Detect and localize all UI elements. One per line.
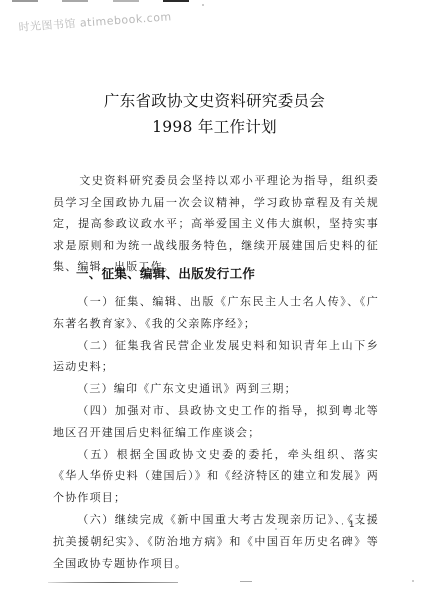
list-item: （一）征集、编辑、出版《广东民主人士名人传》、《广东著名教育家》、《我的父亲陈序… [53, 291, 379, 335]
list-item: （五）根据全国政协文史委的委托，牵头组织、落实《华人华侨史料（建国后）》和《经济… [53, 444, 379, 509]
section-heading-1: 一、征集、编辑、出版发行工作 [76, 264, 255, 282]
scan-bar-1 [12, 0, 38, 2]
scan-top-bars [0, 0, 429, 4]
work-items-list: （一）征集、编辑、出版《广东民主人士名人传》、《广东著名教育家》、《我的父亲陈序… [53, 291, 379, 574]
scan-bar-2 [62, 0, 88, 2]
document-title: 广东省政协文史资料研究委员会 1998 年工作计划 [0, 88, 429, 140]
title-line-1: 广东省政协文史资料研究委员会 [0, 88, 429, 114]
list-item: （二）征集我省民营企业发展史料和知识青年上山下乡运动史料； [53, 335, 379, 379]
title-line-2: 1998 年工作计划 [0, 114, 429, 140]
bottom-rule [48, 582, 178, 583]
intro-section: 文史资料研究委员会坚持以邓小平理论为指导，组织委员学习全国政协九届一次会议精神，… [53, 170, 379, 278]
list-item: （六）继续完成《新中国重大考古发现亲历记》、《支援抗美援朝纪实》、《防治地方病》… [53, 509, 379, 574]
watermark: 时光图书馆 atimebook.com [18, 8, 172, 35]
intro-paragraph: 文史资料研究委员会坚持以邓小平理论为指导，组织委员学习全国政协九届一次会议精神，… [53, 170, 379, 278]
scan-speck [202, 4, 204, 6]
list-item: （四）加强对市、县政协文史工作的指导，拟到粤北等地区召开建国后史料征编工作座谈会… [53, 400, 379, 444]
list-item: （三）编印《广东文史通讯》两到三期； [53, 378, 379, 400]
bottom-rule-fragment [240, 581, 252, 582]
scan-bar-3 [113, 0, 139, 2]
page-number: · 1 · [341, 520, 363, 530]
scan-bar-4 [163, 0, 189, 2]
scan-speck [412, 580, 414, 582]
scan-speck [275, 528, 277, 530]
